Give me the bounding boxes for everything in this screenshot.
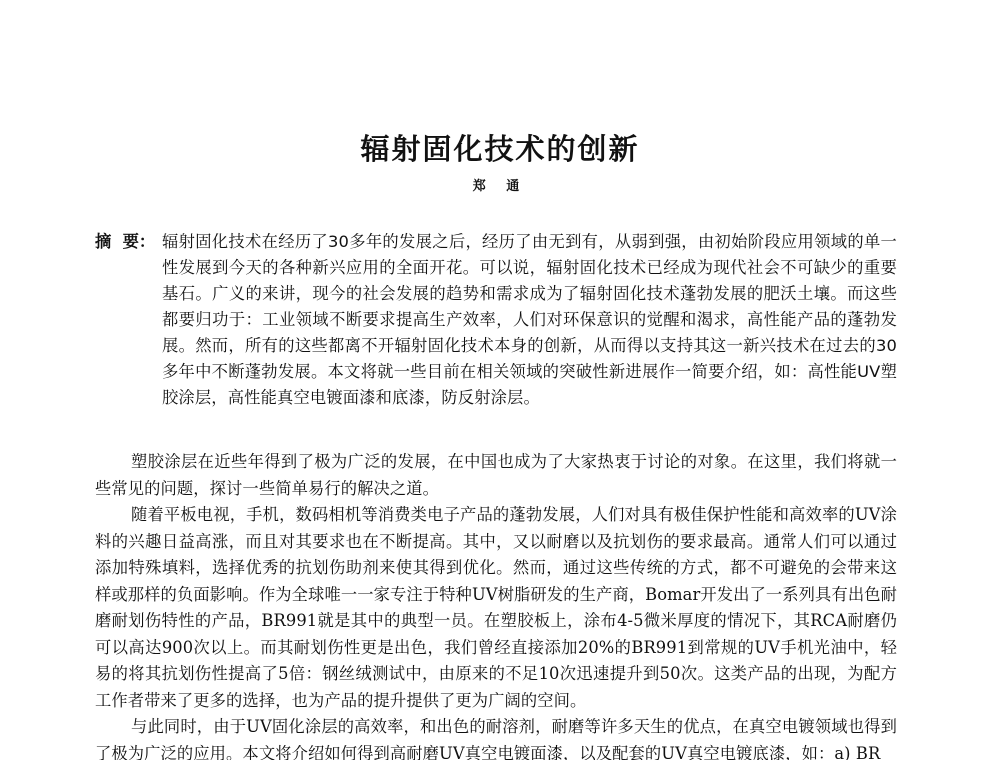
body-text: 塑胶涂层在近些年得到了极为广泛的发展，在中国也成为了大家热衷于讨论的对象。在这里… [95,449,897,760]
paper-title: 辐射固化技术的创新 [0,131,1000,167]
paper-author: 郑 通 [0,177,1000,197]
body-paragraph: 与此同时，由于UV固化涂层的高效率，和出色的耐溶剂，耐磨等许多天生的优点，在真空… [95,714,897,760]
abstract-section: 摘 要： 辐射固化技术在经历了30多年的发展之后，经历了由无到有，从弱到强，由初… [95,229,897,411]
document-page: 辐射固化技术的创新 郑 通 摘 要： 辐射固化技术在经历了30多年的发展之后，经… [0,0,1000,760]
abstract-label: 摘 要： [95,229,162,411]
body-paragraph: 随着平板电视，手机，数码相机等消费类电子产品的蓬勃发展，人们对具有极佳保护性能和… [95,502,897,714]
body-paragraph: 塑胶涂层在近些年得到了极为广泛的发展，在中国也成为了大家热衷于讨论的对象。在这里… [95,449,897,502]
abstract-text: 辐射固化技术在经历了30多年的发展之后，经历了由无到有，从弱到强，由初始阶段应用… [162,229,897,411]
